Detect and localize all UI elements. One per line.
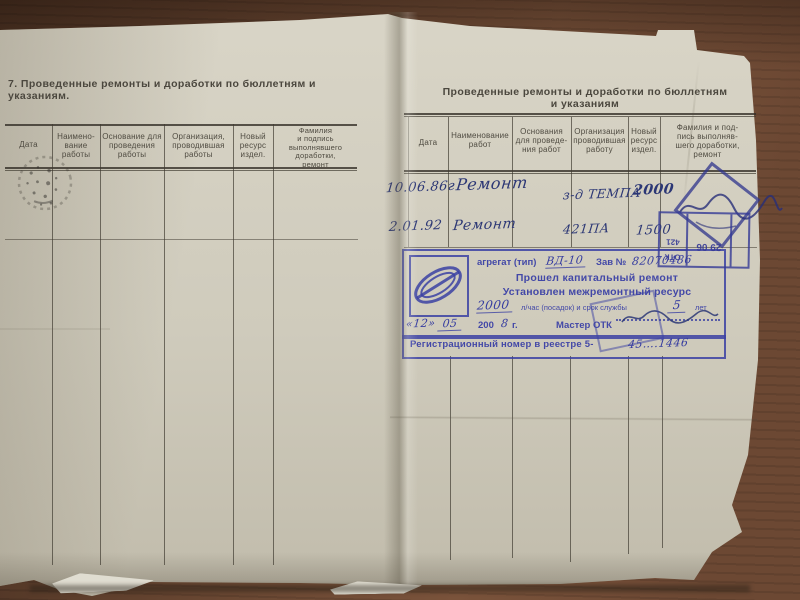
table-line [100, 124, 101, 565]
entry-row-1-resource: 2000 [632, 181, 675, 198]
right-section-title: Проведенные ремонты и доработки по бюлле… [420, 86, 750, 110]
left-col-header-resource: Новый ресурс издел. [233, 132, 273, 159]
stamp-serial-label: Зав № [596, 257, 626, 268]
stamp-resource-value: 2000 [476, 297, 514, 313]
photographed-repair-logbook: 7. Проведенные ремонты и доработки по бю… [0, 0, 800, 600]
right-col-header-organization: Организация проводившая работу [571, 127, 628, 154]
left-col-header-signature: Фамилия и подпись выполнявшего доработки… [273, 127, 358, 169]
table-line [450, 356, 451, 560]
table-line [628, 356, 629, 554]
table-line [273, 124, 274, 565]
stamp-date-century: 200 [478, 320, 494, 331]
table-line [570, 356, 571, 562]
table-line [5, 239, 358, 240]
table-line [404, 116, 756, 117]
otk-421-stamp: 29 06 ОТК 421 [658, 211, 751, 269]
table-line [404, 113, 756, 115]
paper-bottom-shadow [30, 585, 750, 592]
otk-stamp-number: 421 [660, 237, 686, 249]
stamp-date-month: 05 [437, 317, 462, 332]
table-line [662, 356, 663, 548]
table-line [233, 124, 234, 565]
stamp-unit-label: агрегат (тип) [477, 257, 536, 268]
stamp-reg-label: Регистрационный номер в реестре 5- [410, 339, 594, 350]
left-col-header-basis: Основание для проведения работы [100, 132, 164, 159]
table-line [164, 124, 165, 565]
otk-stamp-top: ОТК [660, 249, 686, 265]
crease-line [0, 328, 110, 330]
left-section-title: 7. Проведенные ремонты и доработки по бю… [8, 78, 358, 102]
right-col-header-basis: Основания для проведе- ния работ [512, 127, 571, 154]
otk-stamp-date: 29 06 [688, 214, 731, 267]
stamp-line1: Прошел капитальный ремонт [472, 272, 722, 284]
center-fold-shadow [384, 12, 418, 590]
left-col-header-organization: Организация, проводившая работы [164, 132, 233, 159]
stamp-date-suffix: г. [512, 320, 518, 331]
entry-row-2-organization: 421ПА [562, 220, 610, 237]
entry-row-1-work: Ремонт [455, 173, 529, 195]
right-col-header-signature: Фамилия и под- пись выполняв- шего дораб… [660, 123, 755, 159]
stamp-line2: Установлен межремонтный ресурс [472, 286, 722, 298]
stamp-unit-value: ВД-10 [545, 253, 586, 268]
entry-row-1-organization: з-д ТЕМПА [562, 185, 642, 203]
entry-row-2-work: Ремонт [452, 216, 517, 234]
table-line [512, 356, 513, 558]
right-col-header-resource: Новый ресурс издел. [628, 127, 660, 154]
otk-stamp-org: ОТК 421 [660, 213, 689, 265]
right-col-header-work: Наименование работ [448, 131, 512, 149]
otk-stamp-side-bar [730, 214, 749, 266]
stamp-date-year: 8 [500, 317, 509, 330]
